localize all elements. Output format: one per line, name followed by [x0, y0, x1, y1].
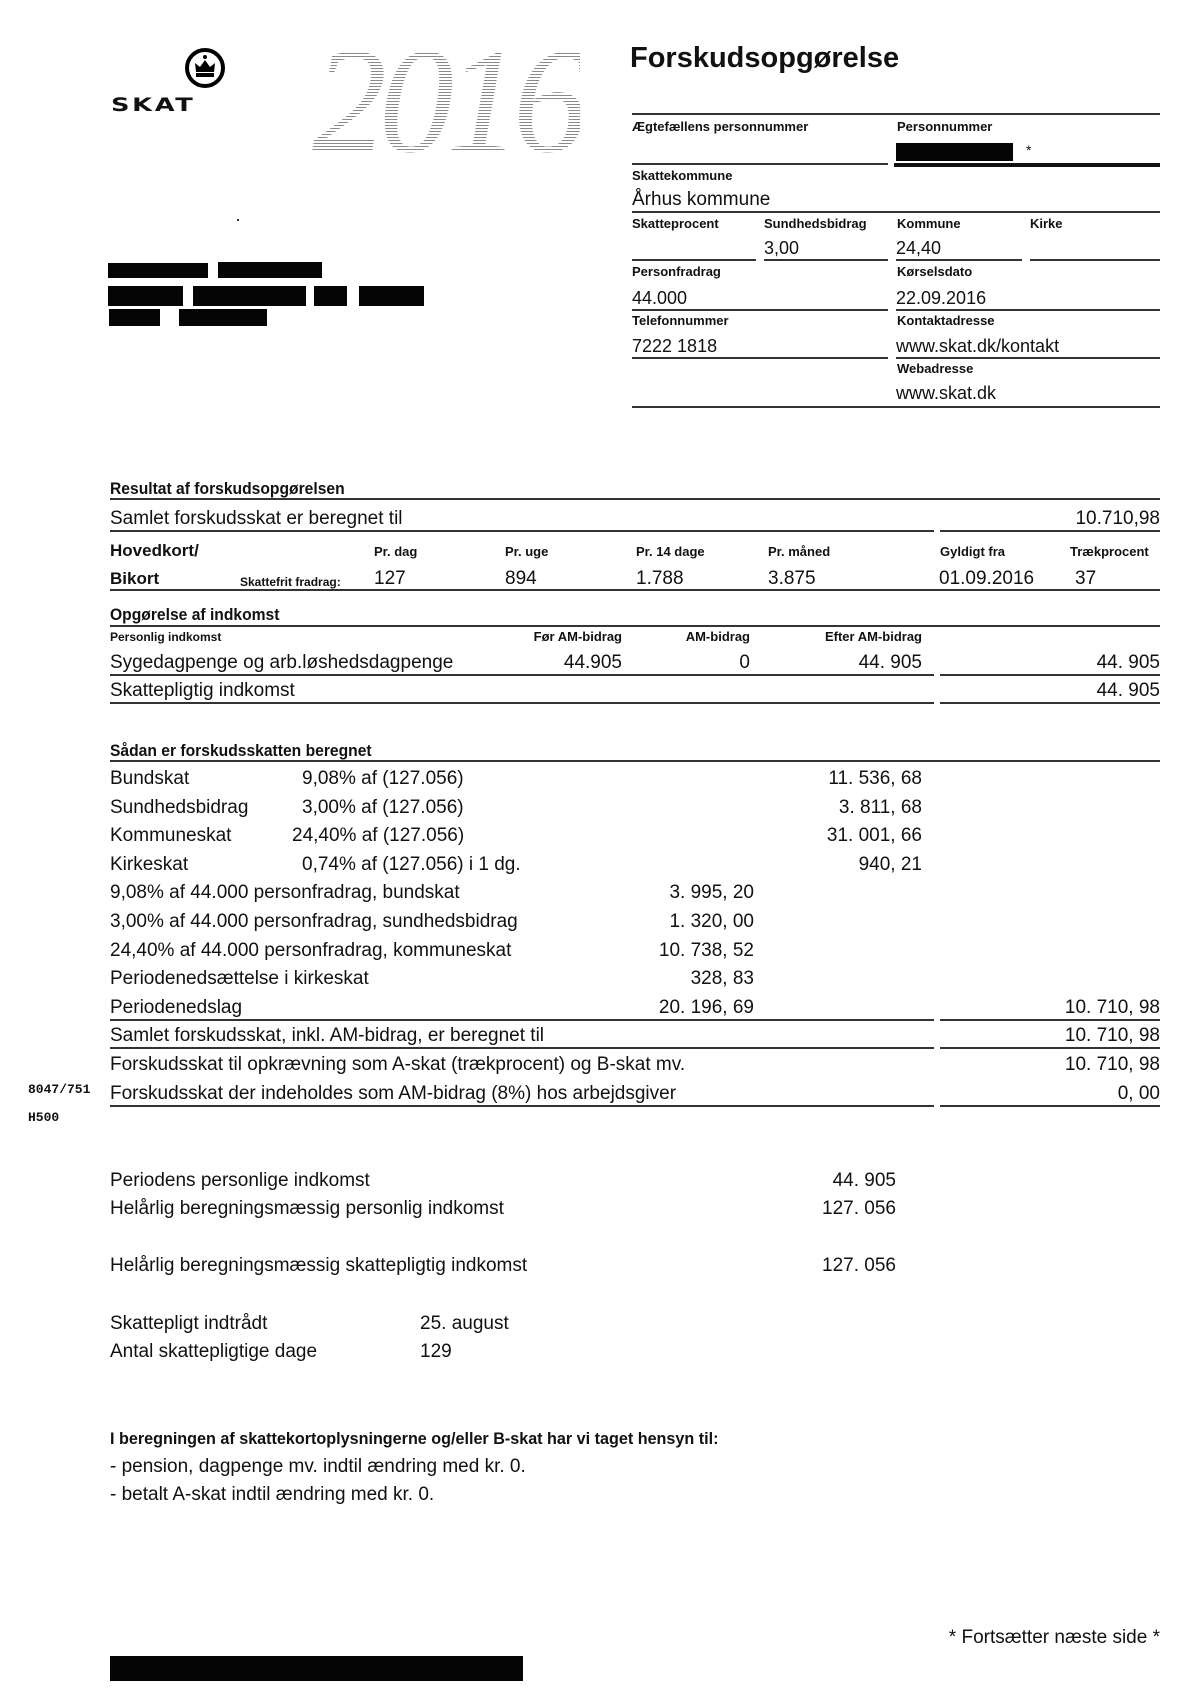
margin-code: 8047/751 — [28, 1082, 90, 1097]
tax-row-amount: 11. 536, 68 — [720, 768, 922, 790]
year-watermark: 2016 — [312, 26, 580, 176]
summary-row-total: 10. 710, 98 — [960, 1054, 1160, 1076]
col-am: AM-bidrag — [620, 629, 750, 644]
tax-row-amount: 940, 21 — [720, 854, 922, 876]
liability-row-label: Skattepligt indtrådt — [110, 1313, 267, 1335]
divider — [110, 498, 1160, 500]
spouse-cpr-label: Ægtefællens personnummer — [632, 119, 808, 134]
annual-row-label: Helårlig beregningsmæssig skattepligtig … — [110, 1255, 527, 1277]
value-valid-from: 01.09.2016 — [939, 568, 1034, 590]
redacted-cpr — [896, 143, 1013, 161]
summary-row-total: 0, 00 — [960, 1083, 1160, 1105]
divider — [1030, 259, 1160, 261]
redacted-street — [359, 286, 424, 306]
tax-free-deduction-label: Skattefrit fradrag: — [240, 575, 341, 589]
liability-row-value: 25. august — [420, 1313, 509, 1335]
col-per-day: Pr. dag — [374, 544, 417, 559]
divider — [110, 589, 1160, 591]
value-per-month: 3.875 — [768, 568, 816, 590]
divider — [110, 760, 1160, 762]
summary-row-label: Forskudsskat til opkrævning som A-skat (… — [110, 1054, 685, 1076]
income-heading: Opgørelse af indkomst — [110, 605, 279, 625]
tax-row-amount: 3. 811, 68 — [720, 797, 922, 819]
deduction-row-label: 24,40% af 44.000 personfradrag, kommunes… — [110, 940, 511, 962]
divider — [632, 259, 756, 261]
redacted-city — [109, 309, 160, 326]
divider — [940, 674, 1160, 676]
personal-deduction-label: Personfradrag — [632, 264, 721, 279]
municipality-label: Skattekommune — [632, 168, 732, 183]
kommune-value: 24,40 — [896, 238, 941, 259]
page-title: Forskudsopgørelse — [630, 42, 899, 75]
tax-row-label: Kommuneskat — [110, 825, 231, 847]
deduction-row-amount: 1. 320, 00 — [560, 911, 754, 933]
divider — [632, 163, 888, 165]
deduction-row-label: Periodenedsættelse i kirkeskat — [110, 968, 369, 990]
run-date-label: Kørselsdato — [897, 264, 972, 279]
contact-address-link[interactable]: www.skat.dk/kontakt — [896, 336, 1059, 357]
divider — [940, 530, 1160, 532]
col-per-14-days: Pr. 14 dage — [636, 544, 705, 559]
col-before-am: Før AM-bidrag — [480, 629, 622, 644]
municipality-value: Århus kommune — [632, 189, 770, 211]
tax-row-rate: 24,40% af (127.056) — [292, 825, 464, 847]
summary-row-label: Forskudsskat der indeholdes som AM-bidra… — [110, 1083, 676, 1105]
divider — [110, 702, 934, 704]
secondary-card-label: Bikort — [110, 569, 159, 589]
divider — [110, 1047, 934, 1049]
contact-address-label: Kontaktadresse — [897, 313, 995, 328]
col-after-am: Efter AM-bidrag — [780, 629, 922, 644]
run-date-value: 22.09.2016 — [896, 288, 986, 309]
divider — [632, 406, 1160, 408]
redacted-footer — [110, 1656, 523, 1681]
redacted-street — [314, 286, 347, 306]
web-address-label: Webadresse — [897, 361, 973, 376]
personal-deduction-value: 44.000 — [632, 288, 687, 309]
deduction-row-label: 9,08% af 44.000 personfradrag, bundskat — [110, 882, 460, 904]
tax-row-rate: 3,00% af (127.056) — [302, 797, 464, 819]
personal-income-label: Personlig indkomst — [110, 630, 221, 644]
divider — [110, 674, 934, 676]
income-after-am: 44. 905 — [780, 652, 922, 674]
deduction-row-amount: 10. 738, 52 — [560, 940, 754, 962]
phone-value: 7222 1818 — [632, 336, 717, 357]
tax-row-rate: 0,74% af (127.056) i 1 dg. — [302, 854, 521, 876]
divider — [894, 163, 1160, 167]
divider — [764, 259, 888, 261]
annual-row-label: Helårlig beregningsmæssig personlig indk… — [110, 1198, 504, 1220]
deduction-row-total: 10. 710, 98 — [960, 997, 1160, 1019]
income-total: 44. 905 — [960, 652, 1160, 674]
value-withholding-rate: 37 — [1075, 568, 1096, 590]
tax-row-label: Bundskat — [110, 768, 189, 790]
divider — [940, 1105, 1160, 1107]
logo-text: SKAT — [111, 94, 196, 116]
redacted-street — [108, 286, 183, 306]
speck — [237, 219, 239, 221]
value-per-day: 127 — [374, 568, 406, 590]
divider — [896, 357, 1160, 359]
divider — [110, 625, 1160, 627]
income-total: 44. 905 — [960, 680, 1160, 702]
annual-row-value: 44. 905 — [700, 1170, 896, 1192]
value-per-week: 894 — [505, 568, 537, 590]
liability-row-value: 129 — [420, 1341, 452, 1363]
redacted-city — [179, 309, 267, 326]
notes-heading: I beregningen af skattekortoplysningerne… — [110, 1429, 718, 1449]
result-total-value: 10.710,98 — [960, 508, 1160, 530]
income-row-label: Sygedagpenge og arb.løshedsdagpenge — [110, 652, 453, 674]
health-contribution-value: 3,00 — [764, 238, 799, 259]
col-per-month: Pr. måned — [768, 544, 830, 559]
tax-row-label: Kirkeskat — [110, 854, 188, 876]
value-per-14-days: 1.788 — [636, 568, 684, 590]
income-before-am: 44.905 — [480, 652, 622, 674]
income-row-label: Skattepligtig indkomst — [110, 680, 295, 702]
redacted-name — [108, 263, 208, 278]
calc-heading: Sådan er forskudsskatten beregnet — [110, 741, 372, 761]
divider — [110, 530, 934, 532]
redacted-street — [193, 286, 306, 306]
annual-row-label: Periodens personlige indkomst — [110, 1170, 370, 1192]
cpr-asterisk: * — [1026, 142, 1031, 158]
divider — [940, 1047, 1160, 1049]
deduction-row-amount: 328, 83 — [560, 968, 754, 990]
tax-row-amount: 31. 001, 66 — [720, 825, 922, 847]
deduction-row-label: Periodenedslag — [110, 997, 242, 1019]
notes-line: - betalt A-skat indtil ændring med kr. 0… — [110, 1484, 434, 1506]
phone-label: Telefonnummer — [632, 313, 729, 328]
main-card-label: Hovedkort/ — [110, 541, 199, 561]
annual-row-value: 127. 056 — [700, 1255, 896, 1277]
result-total-label: Samlet forskudsskat er beregnet til — [110, 508, 403, 530]
divider — [632, 309, 888, 311]
annual-row-value: 127. 056 — [700, 1198, 896, 1220]
divider — [110, 1019, 934, 1021]
col-per-week: Pr. uge — [505, 544, 548, 559]
income-am: 0 — [620, 652, 750, 674]
continues-next-page: * Fortsætter næste side * — [860, 1627, 1160, 1649]
tax-row-label: Sundhedsbidrag — [110, 797, 248, 819]
col-withholding-rate: Trækprocent — [1070, 544, 1149, 559]
health-contribution-label: Sundhedsbidrag — [764, 216, 867, 231]
margin-code: H500 — [28, 1110, 59, 1125]
kommune-label: Kommune — [897, 216, 961, 231]
deduction-row-amount: 3. 995, 20 — [560, 882, 754, 904]
skat-logo: SKAT — [108, 46, 208, 116]
result-heading: Resultat af forskudsopgørelsen — [110, 479, 345, 499]
divider — [940, 702, 1160, 704]
divider — [940, 1019, 1160, 1021]
crown-emblem-icon — [183, 46, 227, 90]
divider — [896, 309, 1160, 311]
web-address-link[interactable]: www.skat.dk — [896, 383, 996, 404]
divider — [110, 1105, 934, 1107]
church-label: Kirke — [1030, 216, 1063, 231]
divider — [632, 113, 1160, 115]
cpr-label: Personnummer — [897, 119, 992, 134]
deduction-row-amount: 20. 196, 69 — [560, 997, 754, 1019]
summary-row-label: Samlet forskudsskat, inkl. AM-bidrag, er… — [110, 1025, 544, 1047]
divider — [632, 357, 888, 359]
notes-line: - pension, dagpenge mv. indtil ændring m… — [110, 1456, 526, 1478]
col-valid-from: Gyldigt fra — [940, 544, 1005, 559]
deduction-row-label: 3,00% af 44.000 personfradrag, sundhedsb… — [110, 911, 518, 933]
tax-row-rate: 9,08% af (127.056) — [302, 768, 464, 790]
divider — [896, 259, 1022, 261]
divider — [632, 211, 1160, 213]
summary-row-total: 10. 710, 98 — [960, 1025, 1160, 1047]
redacted-name — [218, 262, 322, 278]
liability-row-label: Antal skattepligtige dage — [110, 1341, 317, 1363]
tax-percent-label: Skatteprocent — [632, 216, 719, 231]
